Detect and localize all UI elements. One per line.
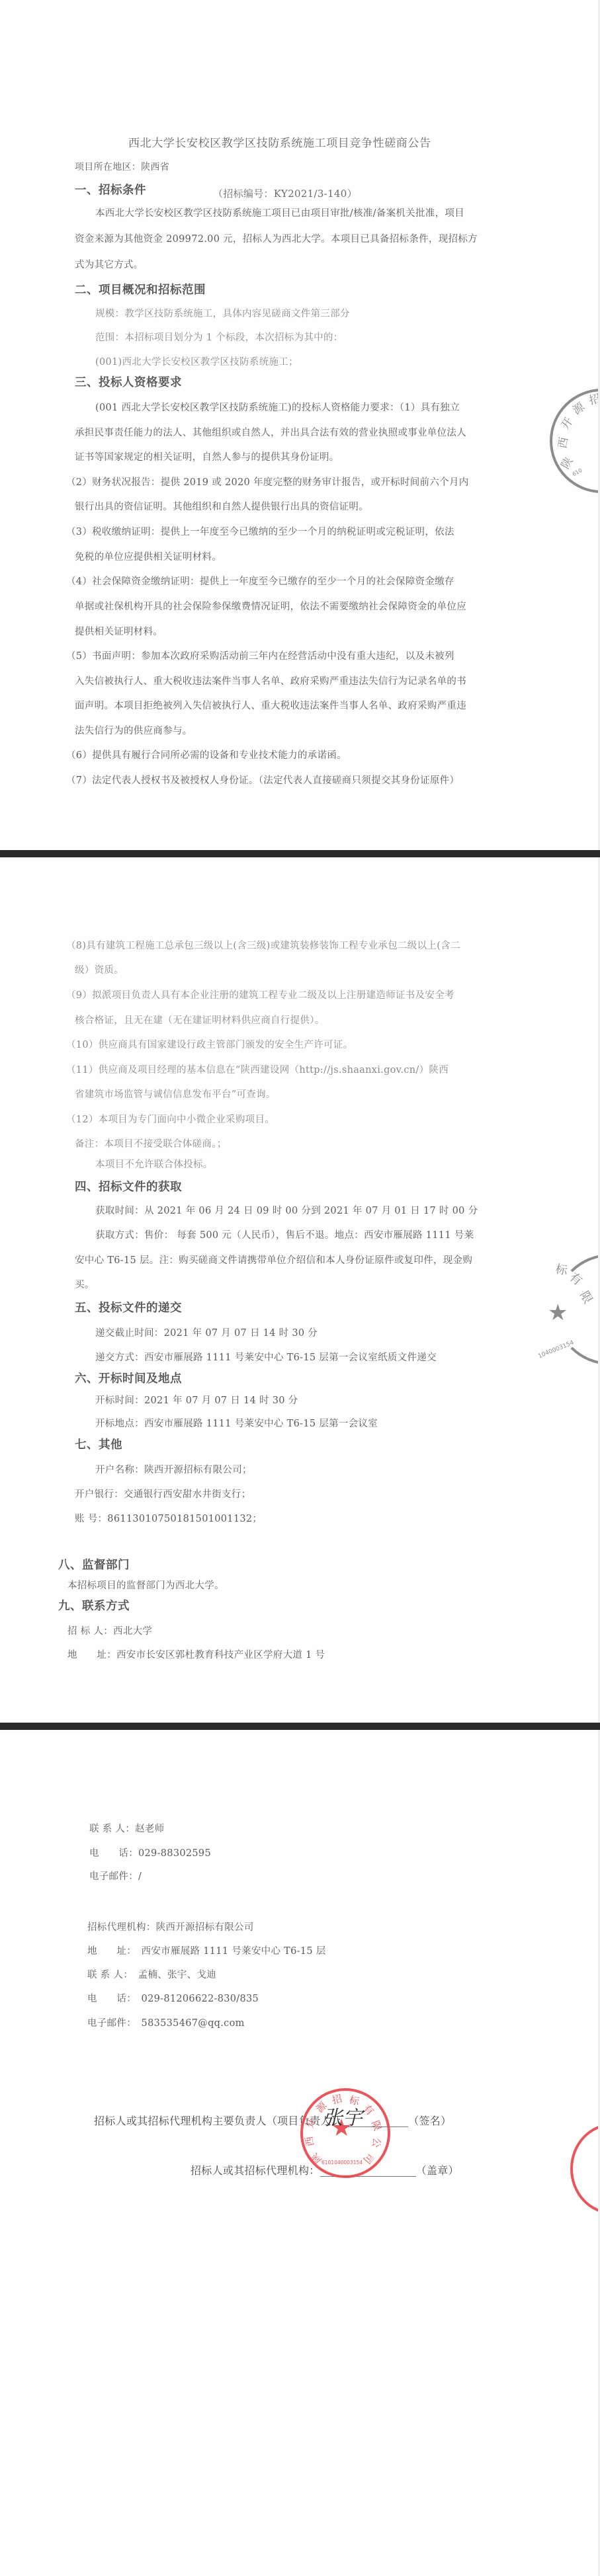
star-icon: ★ [548,1300,568,1326]
section-3-line: (001 西北大学长安校区教学区技防系统施工)的投标人资格能力要求：（1）具有独… [95,402,460,414]
section-3-line: 承担民事责任能力的法人、其他组织或自然人，并出具合法有效的营业执照或事业单位法人 [75,427,466,439]
agency-name: 招标代理机构：陕西开源招标有限公司 [87,1922,254,1933]
section-1-line: 本西北大学长安校区教学区技防系统施工项目已由项目审批/核准/备案机关批准，项目 [95,208,464,219]
seal-suffix: （盖章） [416,2164,459,2177]
section-6-heading: 六、开标时间及地点 [75,1373,182,1385]
stamp-char: 标 [554,1260,569,1279]
stamp-char: 有 [566,1268,587,1288]
section-1-heading: 一、招标条件 [75,184,146,196]
section-3-line: 面声明。本项目拒绝被列入失信被执行人、重大税收违法案件当事人名单、政府采购严重违 [75,700,466,712]
section-3-heading: 三、投标人资格要求 [75,377,182,389]
section-2-heading: 二、项目概况和招标范围 [75,284,206,296]
signature-line-responsible-person: 招标人或其招标代理机构主要负责人（项目负责人）：（签名） [94,2115,451,2127]
tenderer-email: 电子邮件：/ [89,1871,142,1883]
section-4-heading: 四、招标文件的获取 [75,1181,182,1193]
section-5-line: 递交方式：西安市雁展路 1111 号莱安中心 T6-15 层第一会议室纸质文件递… [95,1352,437,1364]
stamp-char: 开 [302,2116,319,2130]
stamp-code: 610 [572,467,583,477]
section-7-heading: 七、其他 [75,1439,122,1451]
stamp-char: 公 [369,2136,384,2148]
section-3-cont-line: （8)具有建筑工程施工总承包三级以上(含三级)或建筑装修装饰工程专业承包二级以上… [66,940,460,952]
section-5-line: 递交截止时间：2021 年 07 月 07 日 14 时 30 分 [95,1327,318,1339]
stamp-code: 1040003154 [537,1340,575,1360]
agency-address: 地 址： 西安市雁展路 1111 号莱安中心 T6-15 层 [87,1945,326,1957]
stamp-char: 有 [361,2101,377,2118]
section-7-line: 开户银行：交通银行西安甜水井街支行； [75,1489,251,1501]
stamp-char: 开 [556,413,576,432]
section-3-line: （4）社会保障资金缴纳证明：提供上一年度至今已缴存的至少一个月的社会保障资金缴存 [66,576,454,588]
section-3-line: 免税的单位应提供相关证明材料。 [75,551,222,563]
section-3-line: （6）提供具有履行合同所必需的设备和专业技术能力的承诺函。 [66,750,347,761]
section-3-line: 入失信被执行人、重大税收违法案件当事人名单、政府采购严重违法失信行为记录名单的书 [75,676,466,687]
section-2-line: 规模：教学区技防系统施工，具体内容见磋商文件第三部分 [95,308,350,320]
section-6-line: 开标时间：2021 年 07 月 07 日 14 时 30 分 [95,1395,298,1407]
stamp-char: 西 [302,2135,317,2147]
stamp-char: 源 [568,397,587,417]
section-3-cont-line: （10）供应商具有国家建设行政主管部门颁发的安全生产许可证。 [66,1039,353,1051]
section-3-cont-line: 备注：本项目不接受联合体磋商。； [75,1138,227,1150]
section-3-line: 提供相关证明材料。 [75,626,163,638]
section-3-cont-line: 本项目不允许联合体投标。 [95,1159,213,1171]
stamp-char: 限 [368,2119,385,2132]
section-1-line: 资金来源为其他资金 209972.00 元，招标人为西北大学。本项目已具备招标条… [75,233,478,245]
section-3-cont-line: （9）拟派项目负责人具有本企业注册的建筑工程专业二级及以上注册建造师证书及安全考 [66,990,454,1001]
seal-label: 招标人或其招标代理机构： [191,2164,320,2177]
section-3-cont-line: 级）资质。 [75,964,124,976]
section-3-line: （7）法定代表人授权书及被授权人身份证。（法定代表人直接磋商只须提交其身份证原件… [66,775,459,787]
stamp-char: 陕 [556,453,576,471]
stamp-char: 招 [587,389,600,408]
section-1-line: 式为其它方式。 [75,259,144,271]
section-2-line: (001)西北大学长安校区教学区技防系统施工； [95,356,298,368]
tenderer-phone: 电 话：029-88302595 [89,1848,211,1859]
section-9-line: 地 址：西安市长安区郭杜教育科技产业区学府大道 1 号 [67,1649,325,1661]
page-separator [0,1723,600,1730]
bid-number: （招标编号：KY2021/3-140） [213,188,357,200]
section-3-line: （5）书面声明：参加本次政府采购活动前三年内在经营活动中没有重大违纪，以及未被列 [66,650,454,662]
section-3-line: （3）税收缴纳证明：提供上一年度至今已缴纳的至少一个月的纳税证明或完税证明，依法 [66,526,454,538]
section-7-line: 账 号：861130107501815010011​32； [75,1513,262,1525]
section-8-heading: 八、监督部门 [58,1559,130,1571]
section-4-line: 获取方式：售价： 每套 500 元（人民币），售后不退。地点：西安市雁展路 11… [95,1229,474,1241]
stamp-code: 6101040003154 [321,2160,363,2166]
section-6-line: 开标地点：西安市雁展路 1111 号莱安中心 T6-15 层第一会议室 [95,1418,378,1430]
agency-seal-stamp: 标 有 限 ★ 1040003154 [554,1254,600,1365]
section-3-cont-line: （11）供应商及项目经理的基本信息在“陕西建设网（http://js.shaan… [66,1064,449,1076]
section-3-line: （2）财务状况报告：提供 2019 或 2020 年度完整的财务审计报告，或开标… [66,477,469,488]
section-3-line: 银行出具的资信证明。其他组织和自然人提供银行出具的资信证明。 [75,501,368,513]
section-3-cont-line: 省建筑市场监管与诚信信息发布平台”可查询。 [75,1089,276,1101]
tenderer-contact-person: 联 系 人：赵老师 [89,1823,164,1835]
section-3-cont-line: 核合格证，且无在建（无在建证明材料供应商自行提供）。 [75,1015,325,1027]
project-region: 项目所在地区：陕西省 [75,161,169,173]
section-4-line: 安中心 T6-15 层。注：购买磋商文件请携带单位介绍信和本人身份证原件或复印件… [75,1255,472,1267]
page-separator [0,850,600,857]
document-title: 西北大学长安校区教学区技防系统施工项目竞争性磋商公告 [128,137,431,149]
partial-red-stamp [570,2123,600,2214]
section-8-line: 本招标项目的监督部门为西北大学。 [67,1580,224,1592]
stamp-char: 司 [361,2150,378,2167]
section-4-line: 买。 [75,1279,95,1291]
section-9-line: 招 标 人：西北大学 [67,1625,152,1637]
section-4-line: 获取时间：从 2021 年 06 月 24 日 09 时 00 分到 2021 … [95,1205,478,1217]
section-2-line: 范围：本招标项目划分为 1 个标段，本次招标为其中的： [95,332,343,344]
section-9-heading: 九、联系方式 [58,1600,130,1612]
agency-seal-stamp: 陕 西 开 源 招 610 [550,389,600,493]
section-3-line: 证书等国家规定的相关证明，自然人参与的提供其身份证明。 [75,451,339,463]
page-3: 联 系 人：赵老师 电 话：029-88302595 电子邮件：/ 招标代理机构… [0,1730,600,2576]
agency-contact-person: 联 系 人： 孟楠、张宇、戈迪 [87,1969,216,1981]
section-3-line: 法失信行为的供应商参与。 [75,725,193,737]
section-5-heading: 五、投标文件的递交 [75,1302,182,1314]
stamp-char: 西 [553,436,572,449]
section-7-line: 开户名称：陕西开源招标有限公司； [95,1464,252,1476]
section-3-cont-line: （12）本项目为专门面向中小微企业采购项目。 [66,1114,275,1126]
page-2: （8)具有建筑工程施工总承包三级以上(含三级)或建筑装修装饰工程专业承包二级以上… [0,857,600,1723]
page-1: 西北大学长安校区教学区技防系统施工项目竞争性磋商公告 （招标编号：KY2021/… [0,0,600,850]
agency-phone: 电 话： 029-81206622-830/835 [87,1993,259,2005]
handwritten-signature: 张宇 [323,2101,363,2130]
stamp-char: 限 [576,1288,597,1307]
signature-suffix: （签名） [408,2115,451,2127]
section-3-line: 单据或社保机构开具的社会保险参保缴费情况证明，依法不需要缴纳社会保障资金的单位应 [75,601,466,613]
agency-email: 电子邮件： 583535467@qq.com [87,2017,245,2029]
